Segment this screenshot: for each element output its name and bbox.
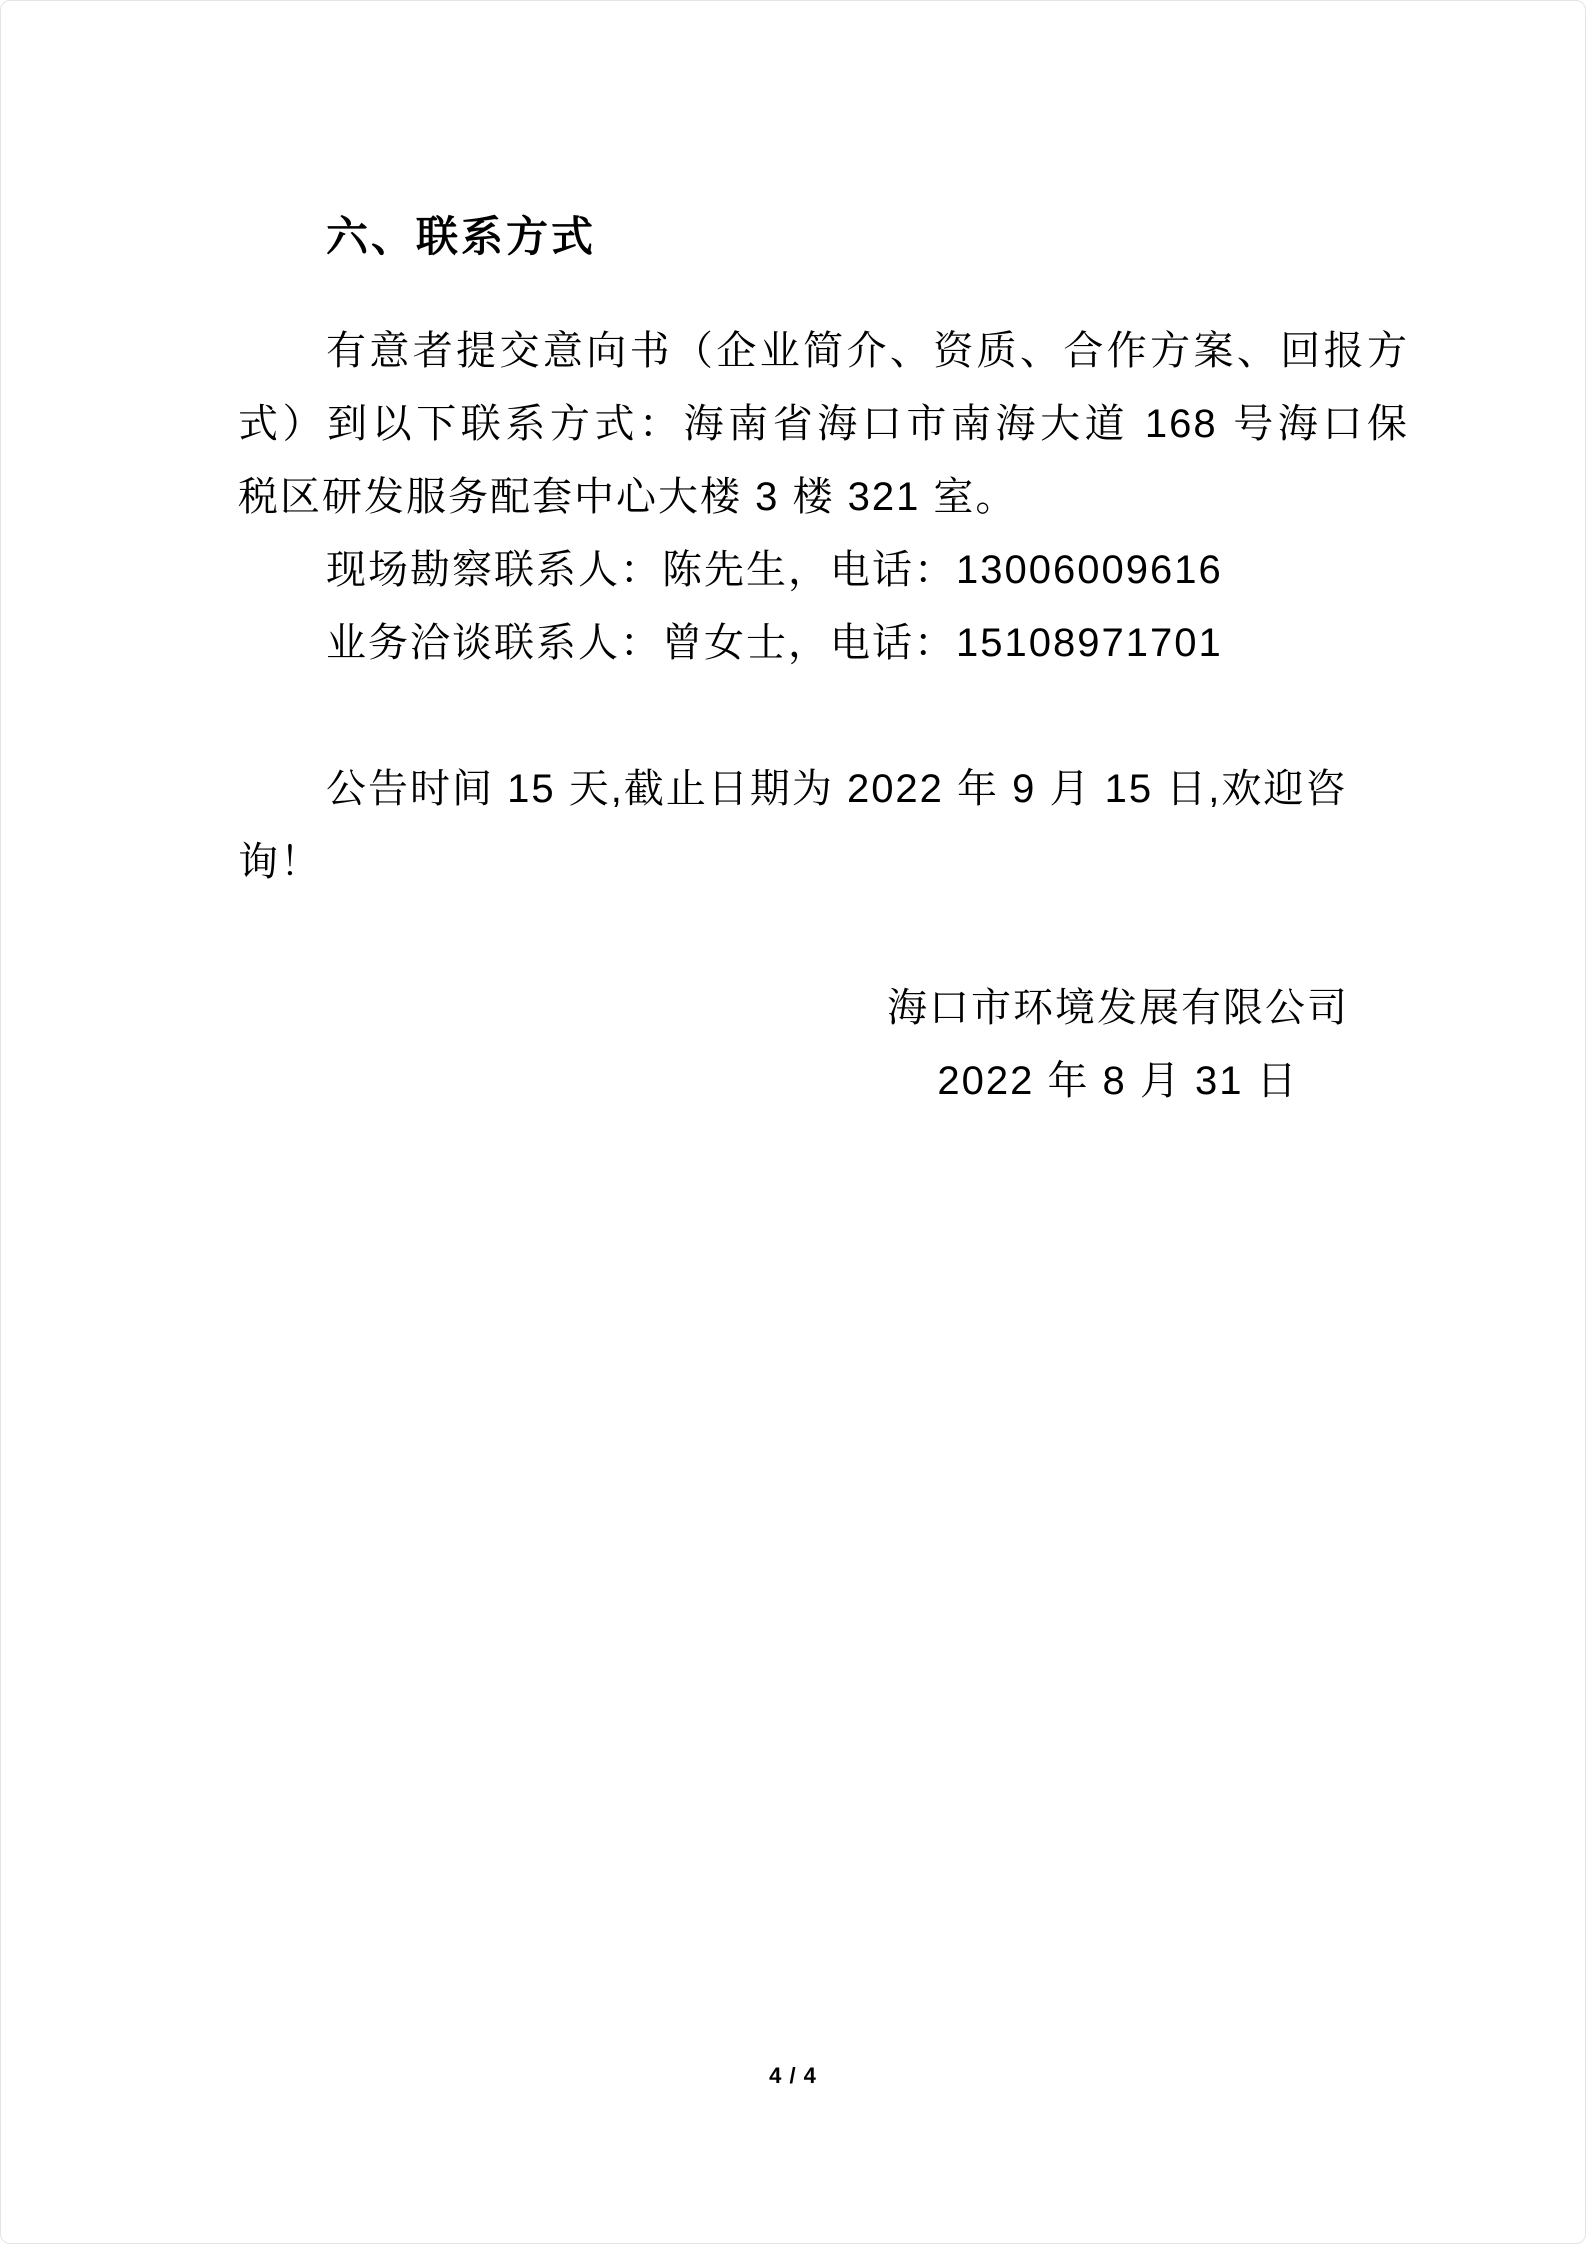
signature-date: 2022 年 8 月 31 日	[937, 1045, 1298, 1118]
contact-site-survey: 现场勘察联系人：陈先生，电话：13006009616	[238, 534, 1409, 607]
contact-business: 业务洽谈联系人：曾女士，电话：15108971701	[238, 607, 1409, 680]
paragraph-line-1: 有意者提交意向书（企业简介、资质、合作方案、回报方	[238, 315, 1409, 388]
announcement-line: 公告时间 15 天,截止日期为 2022 年 9 月 15 日,欢迎咨询！	[238, 753, 1409, 899]
section-heading: 六、联系方式	[238, 211, 1409, 263]
page-number: 4 / 4	[1, 2063, 1585, 2089]
signature-company: 海口市环境发展有限公司	[887, 972, 1349, 1045]
document-page: 六、联系方式 有意者提交意向书（企业简介、资质、合作方案、回报方 式）到以下联系…	[0, 0, 1586, 2244]
signature-block: 海口市环境发展有限公司 2022 年 8 月 31 日	[887, 972, 1349, 1118]
paragraph-line-2: 式）到以下联系方式：海南省海口市南海大道 168 号海口保	[238, 388, 1409, 461]
paragraph-line-3: 税区研发服务配套中心大楼 3 楼 321 室。	[238, 461, 1409, 534]
